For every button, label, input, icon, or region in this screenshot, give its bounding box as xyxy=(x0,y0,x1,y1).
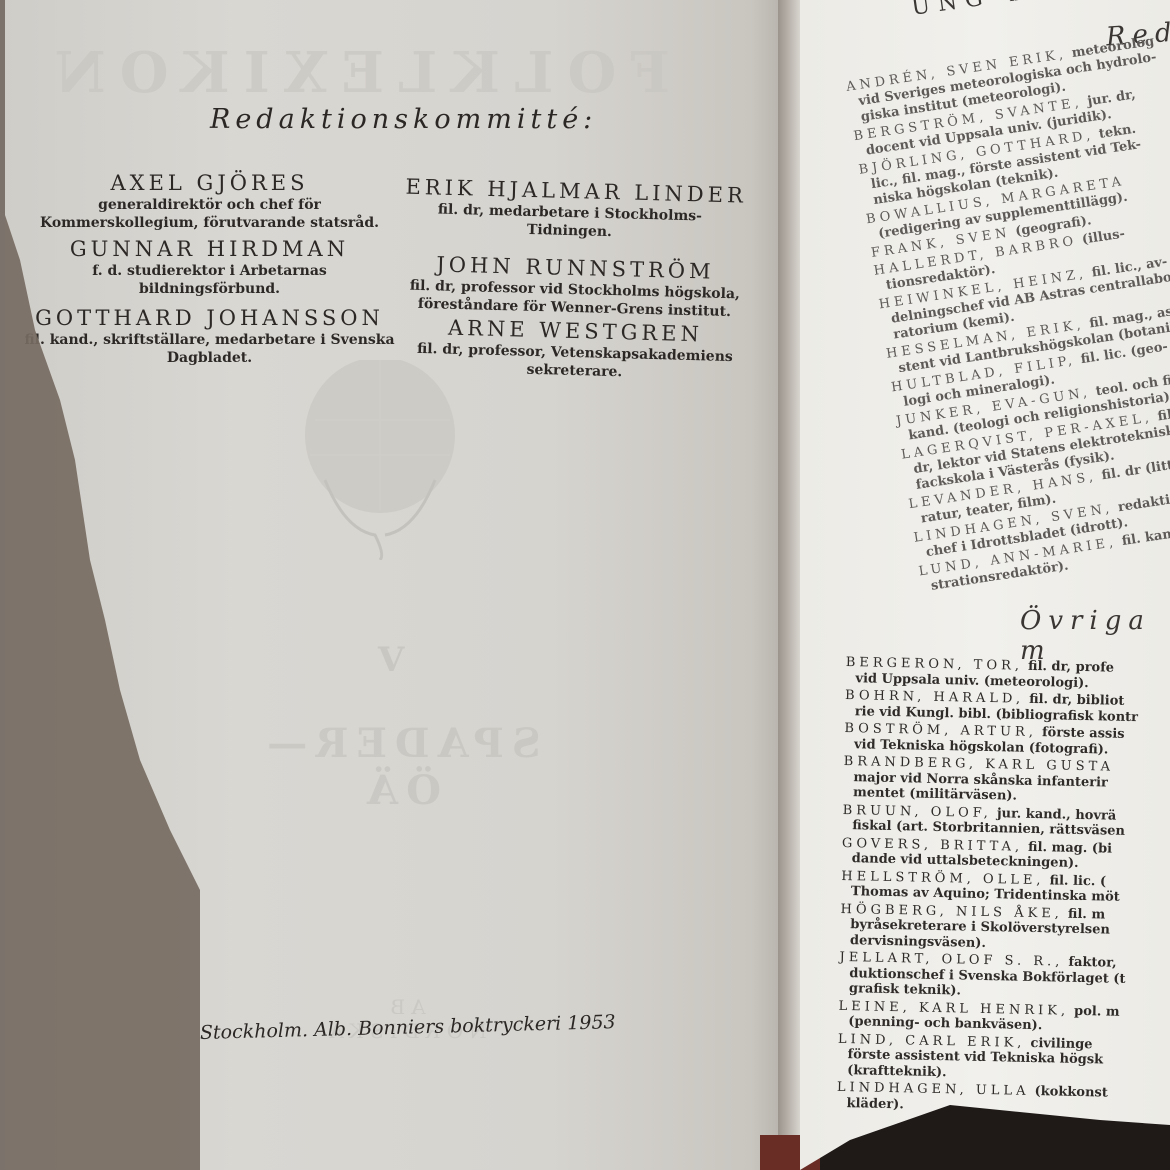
member-name: GOTTHARD JOHANSSON xyxy=(22,305,397,331)
entry-text: fil. dr, bibliot xyxy=(1029,692,1124,709)
page-edge xyxy=(0,0,5,1170)
committee-member: AXEL GJÖRES generaldirektör och chef för… xyxy=(22,170,397,232)
top-fragment: UNG fil. kand. xyxy=(910,0,1079,21)
member-description: generaldirektör och chef för Kommerskoll… xyxy=(22,196,397,232)
entry-text: pol. m xyxy=(1074,1003,1120,1019)
top-fragment-text: fil. kand. xyxy=(1008,0,1078,5)
book-spread: FOLKLEXIKON V SPADER—ÖÄ AB NORDISKA Reda… xyxy=(0,0,1170,1170)
member-name: GUNNAR HIRDMAN xyxy=(22,236,397,262)
entry-text: fil. mag. (bi xyxy=(1028,839,1112,856)
bleed-through-volume: V xyxy=(378,640,404,680)
entry-text: fil. xyxy=(1157,407,1170,425)
editors-list: ANDRÉN, SVEN ERIK, meteorologvid Sverige… xyxy=(845,4,1170,596)
entry-text: fil. lic. ( xyxy=(1049,873,1106,889)
entry-text: förste assis xyxy=(1042,725,1125,742)
bleed-through-range: SPADER—ÖÄ xyxy=(255,720,545,814)
book-gutter xyxy=(778,0,800,1170)
entry-continuation: kläder). xyxy=(836,1095,1170,1121)
member-name: AXEL GJÖRES xyxy=(22,170,397,196)
member-description: fil. kand., skriftställare, medarbetare … xyxy=(22,331,397,367)
top-fragment-letters: UNG xyxy=(910,0,992,21)
committee-member: GUNNAR HIRDMAN f. d. studierektor i Arbe… xyxy=(22,236,397,298)
entry-text: fil. dr, profe xyxy=(1028,659,1114,676)
right-page: UNG fil. kand. Red ANDRÉN, SVEN ERIK, me… xyxy=(800,0,1170,1170)
entry-text: (kokkonst xyxy=(1034,1084,1108,1101)
committee-member: JOHN RUNNSTRÖM fil. dr, professor vid St… xyxy=(404,251,746,322)
contributors-list: BERGERON, TOR, fil. dr, profevid Uppsala… xyxy=(836,653,1170,1122)
member-description: f. d. studierektor i Arbetarnas bildning… xyxy=(22,262,397,298)
entry-text: civilinge xyxy=(1030,1035,1092,1051)
entry-text: faktor, xyxy=(1068,955,1116,971)
globe-in-hands-icon xyxy=(285,360,475,560)
committee-heading: Redaktionskommitté: xyxy=(210,104,597,135)
entry-text: jur. kand., hovrä xyxy=(997,806,1117,823)
bleed-through-title: FOLKLEXIKON xyxy=(150,40,670,106)
member-description: fil. dr, medarbetare i Stockholms-Tidnin… xyxy=(404,200,735,245)
committee-member: ERIK HJALMAR LINDER fil. dr, medarbetare… xyxy=(404,174,736,245)
committee-member: ARNE WESTGREN fil. dr, professor, Vetens… xyxy=(409,314,741,385)
entry-text: fil. m xyxy=(1068,906,1106,922)
left-page: FOLKLEXIKON V SPADER—ÖÄ AB NORDISKA Reda… xyxy=(0,0,782,1170)
committee-member: GOTTHARD JOHANSSON fil. kand., skriftstä… xyxy=(22,305,397,367)
list-item: LINDHAGEN, ULLA (kokkonstkläder). xyxy=(836,1078,1170,1122)
